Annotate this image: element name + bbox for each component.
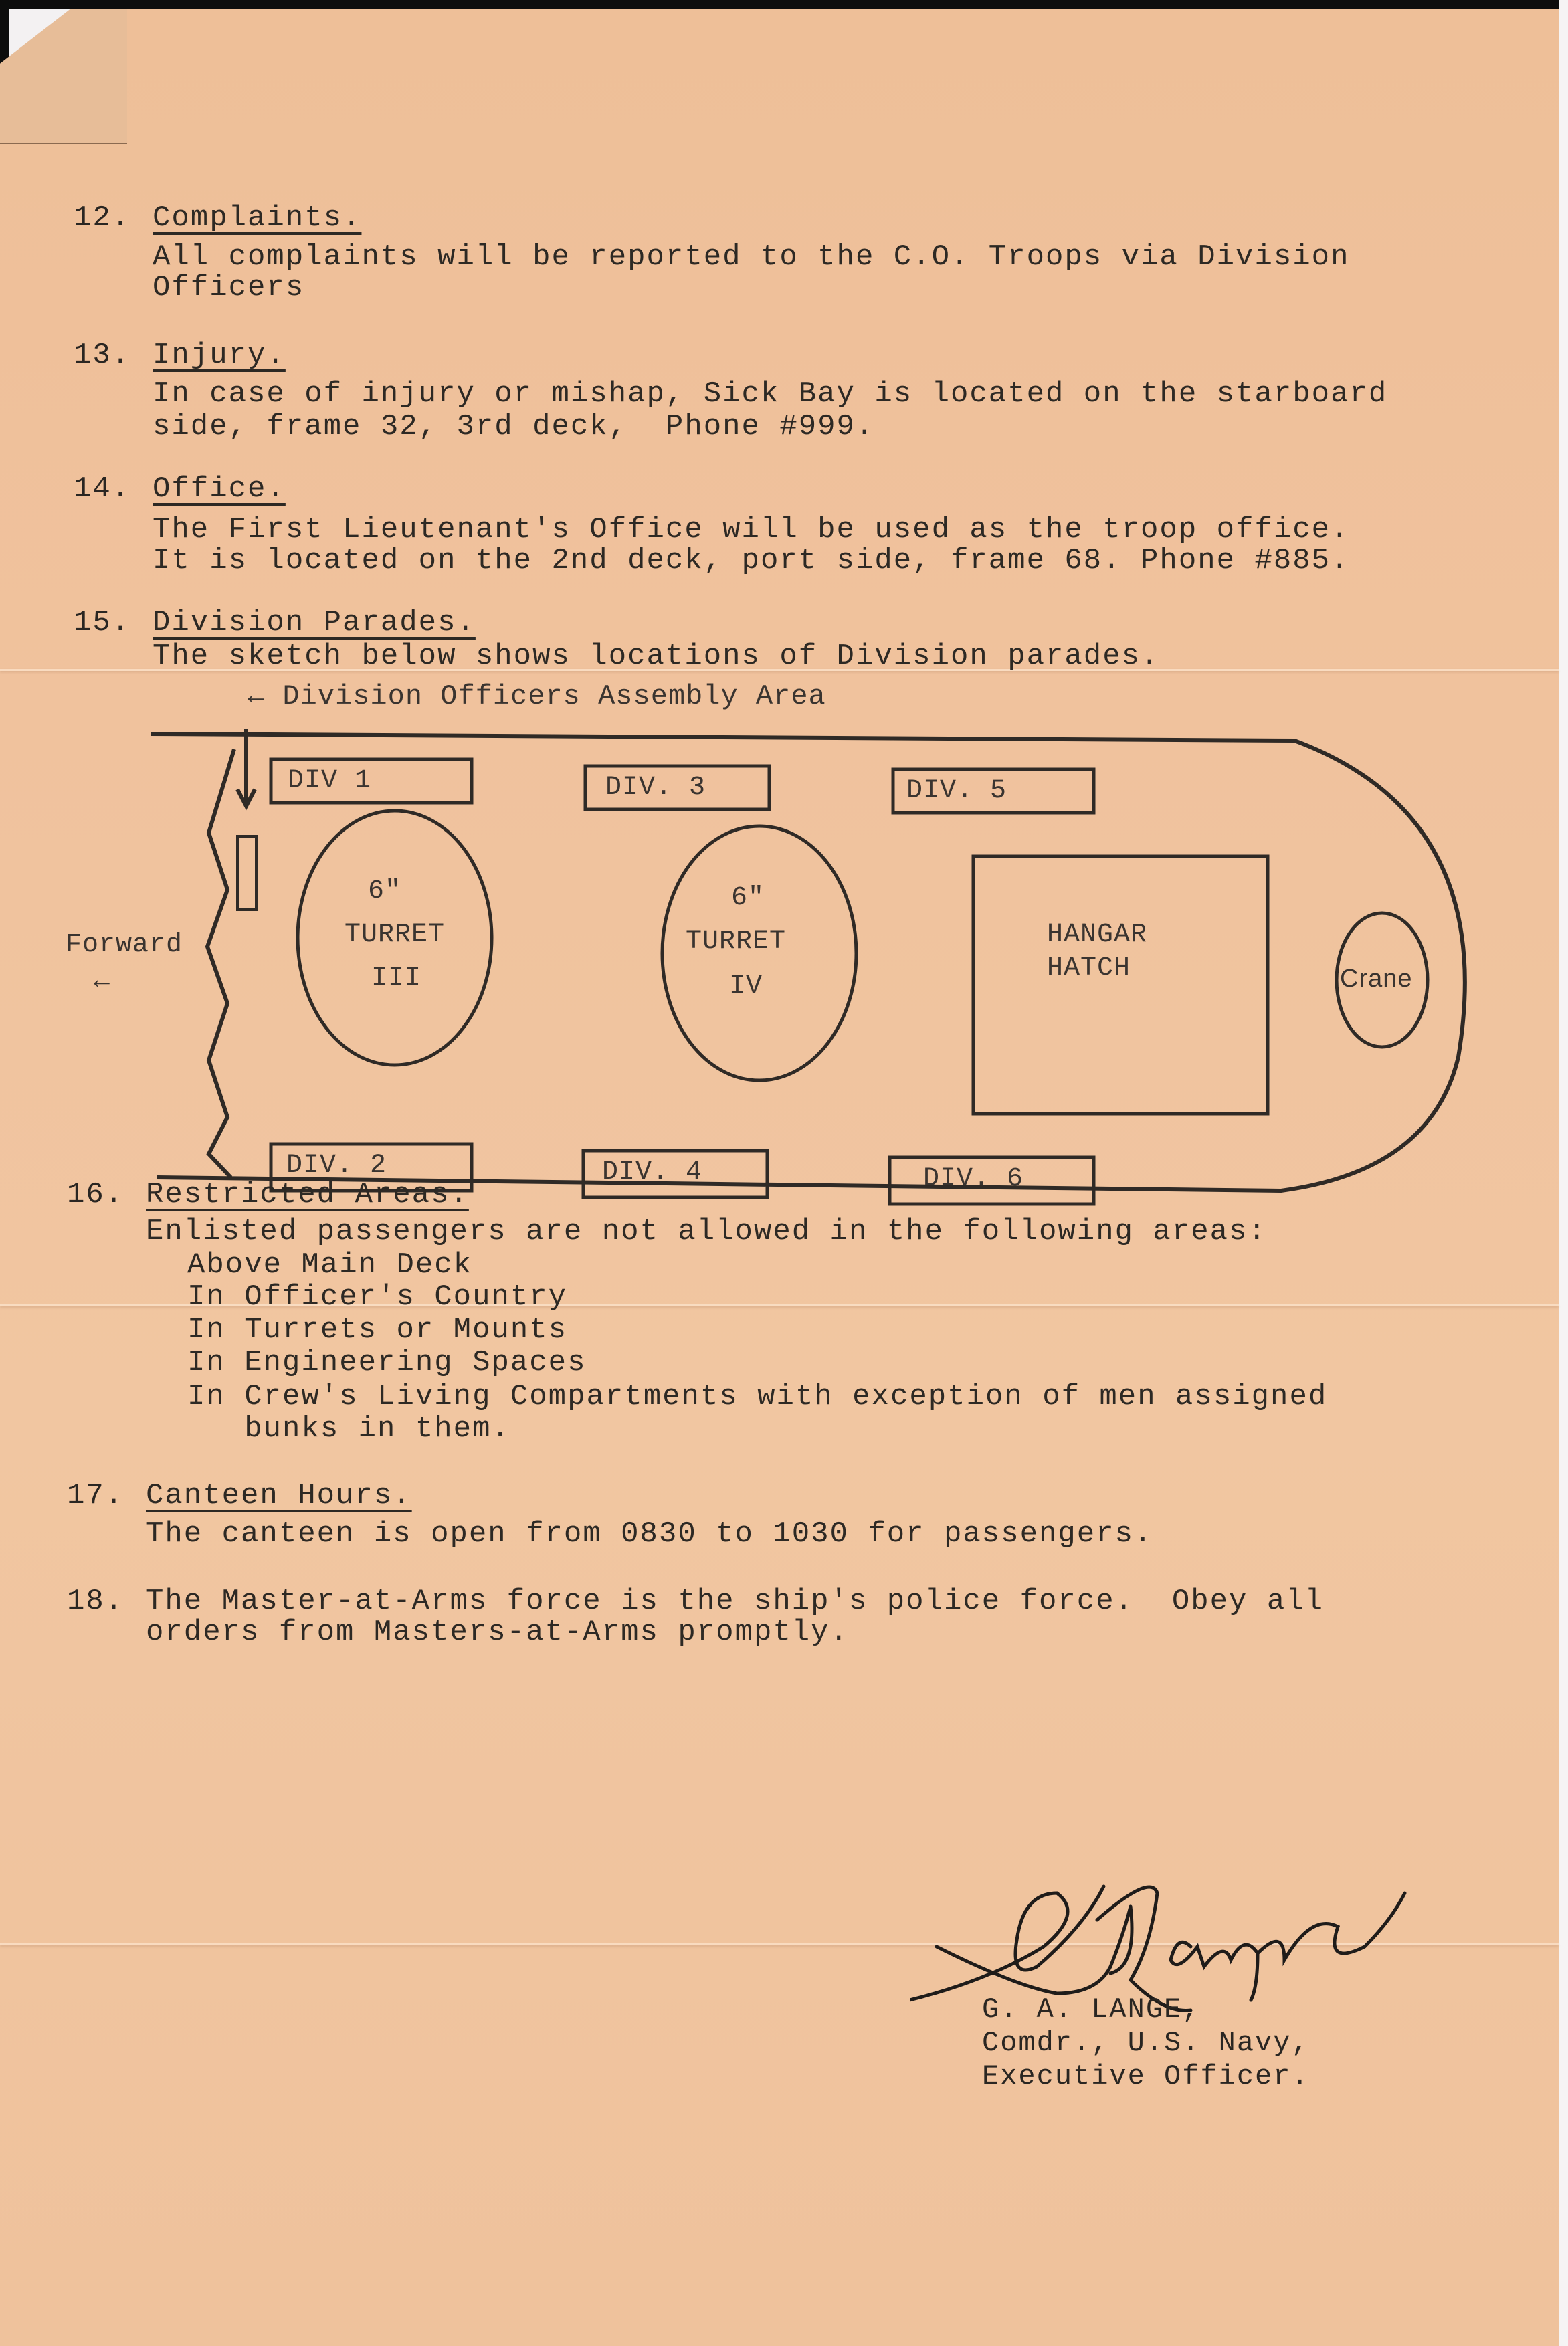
division-parade-sketch: ← Division Officers Assembly Area Forwar…: [0, 682, 1568, 1217]
division-box-5: DIV. 5: [906, 776, 1007, 807]
item-number: 15.: [74, 605, 130, 640]
hangar-hatch-line2: HATCH: [1047, 953, 1131, 984]
item-number: 16.: [67, 1177, 124, 1212]
item-body-line: The Master-at-Arms force is the ship's p…: [146, 1584, 1324, 1619]
list-item: Above Main Deck: [187, 1248, 472, 1282]
item-body-line: The sketch below shows locations of Divi…: [153, 639, 1159, 674]
signer-name: G. A. LANGE,: [982, 1992, 1200, 2027]
item-heading: Canteen Hours.: [146, 1478, 412, 1513]
item-heading: Office.: [153, 472, 286, 506]
item-number: 12.: [74, 201, 130, 235]
item-body-line: It is located on the 2nd deck, port side…: [153, 543, 1349, 578]
item-number: 17.: [67, 1478, 124, 1513]
turret-4-number: IV: [729, 971, 763, 1002]
item-heading: Division Parades.: [153, 605, 476, 640]
item-body-line: In case of injury or mishap, Sick Bay is…: [153, 377, 1387, 411]
list-item: bunks in them.: [187, 1411, 510, 1446]
turret-4-label: TURRET: [686, 926, 786, 957]
forward-arrow-icon: ←: [94, 967, 110, 997]
division-box-1: DIV 1: [288, 766, 371, 797]
turret-3-label: TURRET: [345, 920, 445, 951]
item-body-line: The canteen is open from 0830 to 1030 fo…: [146, 1517, 1153, 1551]
division-box-6: DIV. 6: [923, 1164, 1023, 1195]
item-body-line: Officers: [153, 270, 304, 305]
item-heading: Injury.: [153, 338, 286, 373]
turret-3-number: III: [371, 963, 421, 994]
list-item: In Turrets or Mounts: [187, 1312, 567, 1347]
item-body-line: orders from Masters-at-Arms promptly.: [146, 1615, 849, 1650]
division-box-4: DIV. 4: [602, 1157, 702, 1188]
turret-4-caliber: 6": [731, 883, 765, 914]
item-heading: Complaints.: [153, 201, 361, 235]
scan-border-top: [0, 0, 1568, 9]
assembly-area-label: ← Division Officers Assembly Area: [248, 681, 826, 712]
signer-rank: Comdr., U.S. Navy,: [982, 2026, 1310, 2060]
item-body-line: The First Lieutenant's Office will be us…: [153, 512, 1349, 547]
item-body-line: side, frame 32, 3rd deck, Phone #999.: [153, 409, 874, 444]
item-body-line: Enlisted passengers are not allowed in t…: [146, 1214, 1267, 1249]
list-item: In Engineering Spaces: [187, 1345, 587, 1380]
division-box-3: DIV. 3: [605, 773, 706, 803]
item-heading: Restricted Areas.: [146, 1177, 469, 1212]
item-number: 14.: [74, 472, 130, 506]
item-number: 18.: [67, 1584, 124, 1619]
forward-label: Forward: [66, 930, 183, 961]
list-item: In Crew's Living Compartments with excep…: [187, 1379, 1327, 1414]
signer-title: Executive Officer.: [982, 2059, 1310, 2094]
list-item: In Officer's Country: [187, 1280, 567, 1314]
turret-3-caliber: 6": [368, 876, 401, 907]
hangar-hatch-line1: HANGAR: [1047, 920, 1147, 951]
item-body-line: All complaints will be reported to the C…: [153, 239, 1349, 274]
item-number: 13.: [74, 338, 130, 373]
crane-label: Crane: [1340, 963, 1413, 994]
